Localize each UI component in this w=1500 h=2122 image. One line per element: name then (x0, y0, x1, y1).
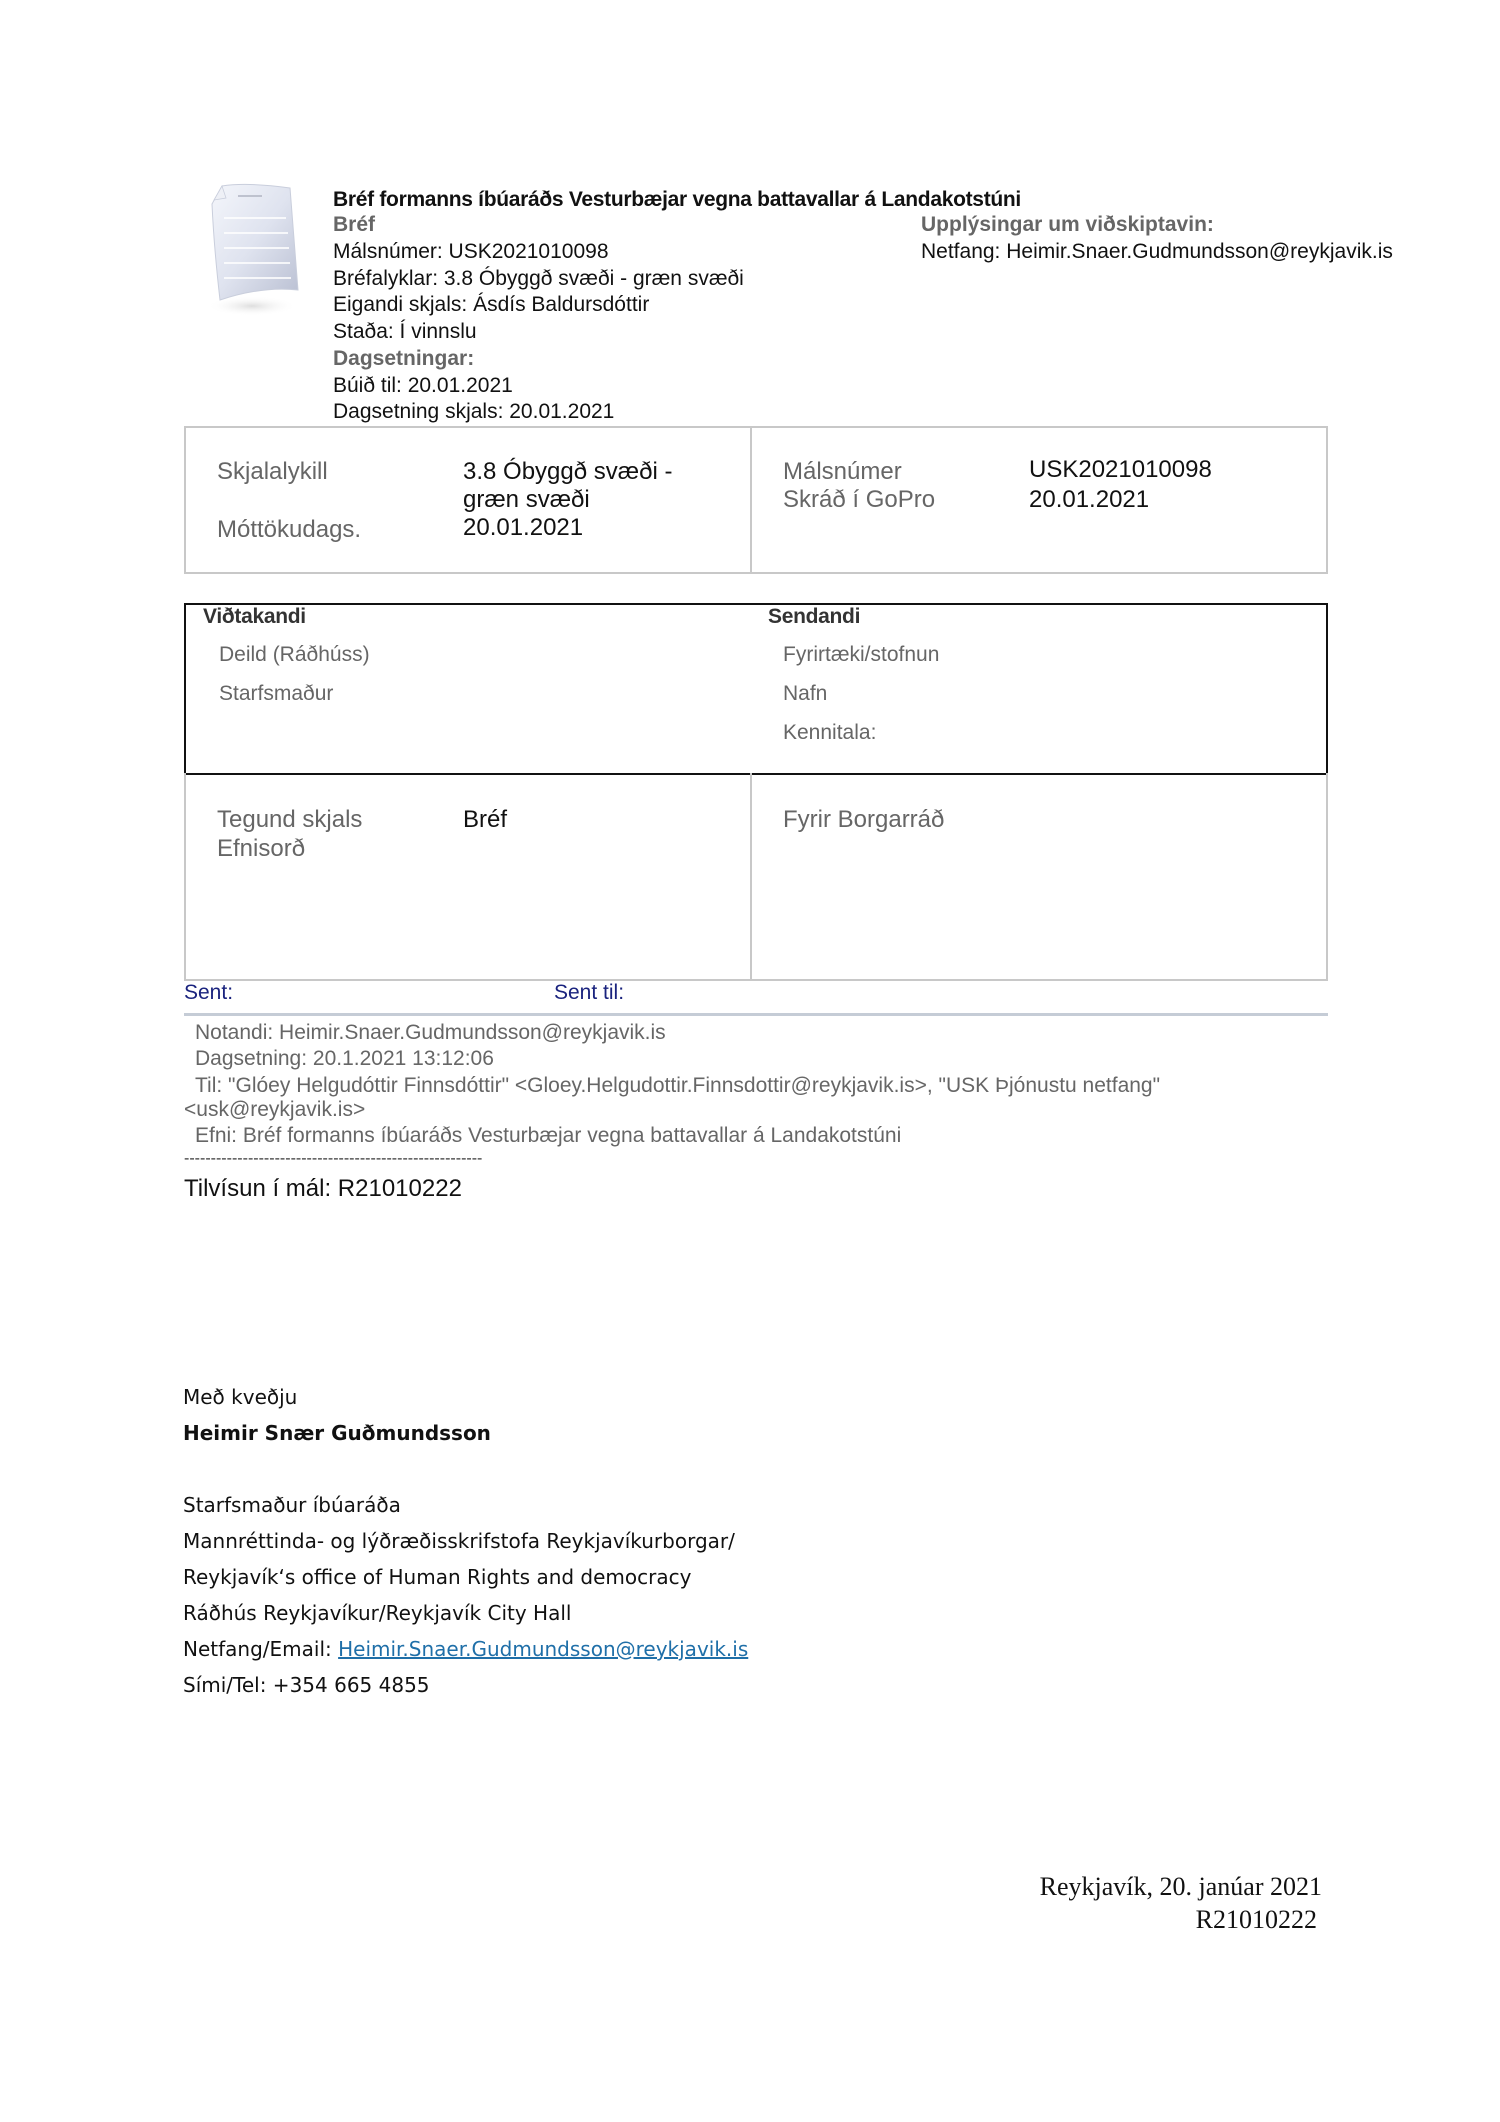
signature-phone: Sími/Tel: +354 665 4855 (183, 1673, 430, 1697)
signature-org-line1: Mannréttinda- og lýðræðisskrifstofa Reyk… (183, 1529, 735, 1553)
recipient-heading: Viðtakandi (203, 605, 306, 629)
signature-email-row: Netfang/Email: Heimir.Snaer.Gudmundsson@… (183, 1637, 748, 1661)
document-type-box (184, 773, 1328, 981)
for-city-council-label: Fyrir Borgarráð (783, 806, 944, 834)
document-key-value-line1: 3.8 Óbyggð svæði - (463, 458, 672, 486)
sent-row-divider (184, 1013, 1328, 1016)
document-key-value-line2: græn svæði (463, 486, 590, 514)
footer-reference: R21010222 (1196, 1905, 1317, 1935)
dates-heading: Dagsetningar: (333, 345, 474, 372)
info-box (184, 426, 1328, 574)
sender-company-label: Fyrirtæki/stofnun (783, 643, 939, 667)
signature-title: Starfsmaður íbúaráða (183, 1493, 401, 1517)
signature-name: Heimir Snær Guðmundsson (183, 1421, 491, 1445)
signature-greeting: Með kveðju (183, 1385, 297, 1409)
sender-name-label: Nafn (783, 682, 827, 706)
signature-address: Ráðhús Reykjavíkur/Reykjavík City Hall (183, 1601, 571, 1625)
sender-id-label: Kennitala: (783, 721, 876, 745)
email-to-line1: Til: "Glóey Helgudóttir Finnsdóttir" <Gl… (195, 1074, 1160, 1098)
email-subject: Efni: Bréf formanns íbúaráðs Vesturbæjar… (195, 1124, 901, 1148)
received-date-value: 20.01.2021 (463, 514, 583, 542)
sent-to-label: Sent til: (554, 981, 624, 1005)
recipient-employee-label: Starfsmaður (219, 682, 333, 706)
case-number: Málsnúmer: USK2021010098 (333, 238, 609, 265)
case-number-label: Málsnúmer (783, 458, 902, 486)
letter-keys: Bréfalyklar: 3.8 Óbyggð svæði - græn svæ… (333, 265, 744, 292)
info-box-divider (750, 428, 752, 572)
created-date: Búið til: 20.01.2021 (333, 372, 513, 399)
sender-heading: Sendandi (768, 605, 860, 629)
parties-box (184, 603, 1328, 775)
gopro-date-label: Skráð í GoPro (783, 486, 935, 514)
recipient-department-label: Deild (Ráðhúss) (219, 643, 370, 667)
gopro-date-value: 20.01.2021 (1029, 486, 1149, 514)
received-date-label: Móttökudags. (217, 516, 361, 544)
customer-info-heading: Upplýsingar um viðskiptavin: (921, 211, 1214, 238)
document-date: Dagsetning skjals: 20.01.2021 (333, 398, 614, 425)
keywords-label: Efnisorð (217, 835, 305, 863)
document-status: Staða: Í vinnslu (333, 318, 477, 345)
document-type-value: Bréf (463, 806, 507, 834)
document-owner: Eigandi skjals: Ásdís Baldursdóttir (333, 291, 649, 318)
email-to-line2: <usk@reykjavik.is> (184, 1098, 365, 1122)
document-title: Bréf formanns íbúaráðs Vesturbæjar vegna… (333, 186, 1021, 213)
document-type-heading: Bréf (333, 211, 375, 238)
place-and-date: Reykjavík, 20. janúar 2021 (1040, 1872, 1322, 1902)
signature-org-line2: Reykjavík‘s office of Human Rights and d… (183, 1565, 691, 1589)
signature-email-link[interactable]: Heimir.Snaer.Gudmundsson@reykjavik.is (338, 1637, 748, 1661)
email-date: Dagsetning: 20.1.2021 13:12:06 (195, 1047, 494, 1071)
email-separator: ----------------------------------------… (184, 1150, 482, 1168)
case-number-value: USK2021010098 (1029, 456, 1212, 484)
sent-label: Sent: (184, 981, 233, 1005)
document-type-box-divider (750, 773, 752, 979)
customer-email: Netfang: Heimir.Snaer.Gudmundsson@reykja… (921, 238, 1393, 265)
document-icon (202, 178, 302, 320)
email-user: Notandi: Heimir.Snaer.Gudmundsson@reykja… (195, 1021, 666, 1045)
signature-email-label: Netfang/Email: (183, 1637, 338, 1661)
document-type-label: Tegund skjals (217, 806, 362, 834)
document-key-label: Skjalalykill (217, 458, 328, 486)
case-reference: Tilvísun í mál: R21010222 (184, 1175, 462, 1203)
